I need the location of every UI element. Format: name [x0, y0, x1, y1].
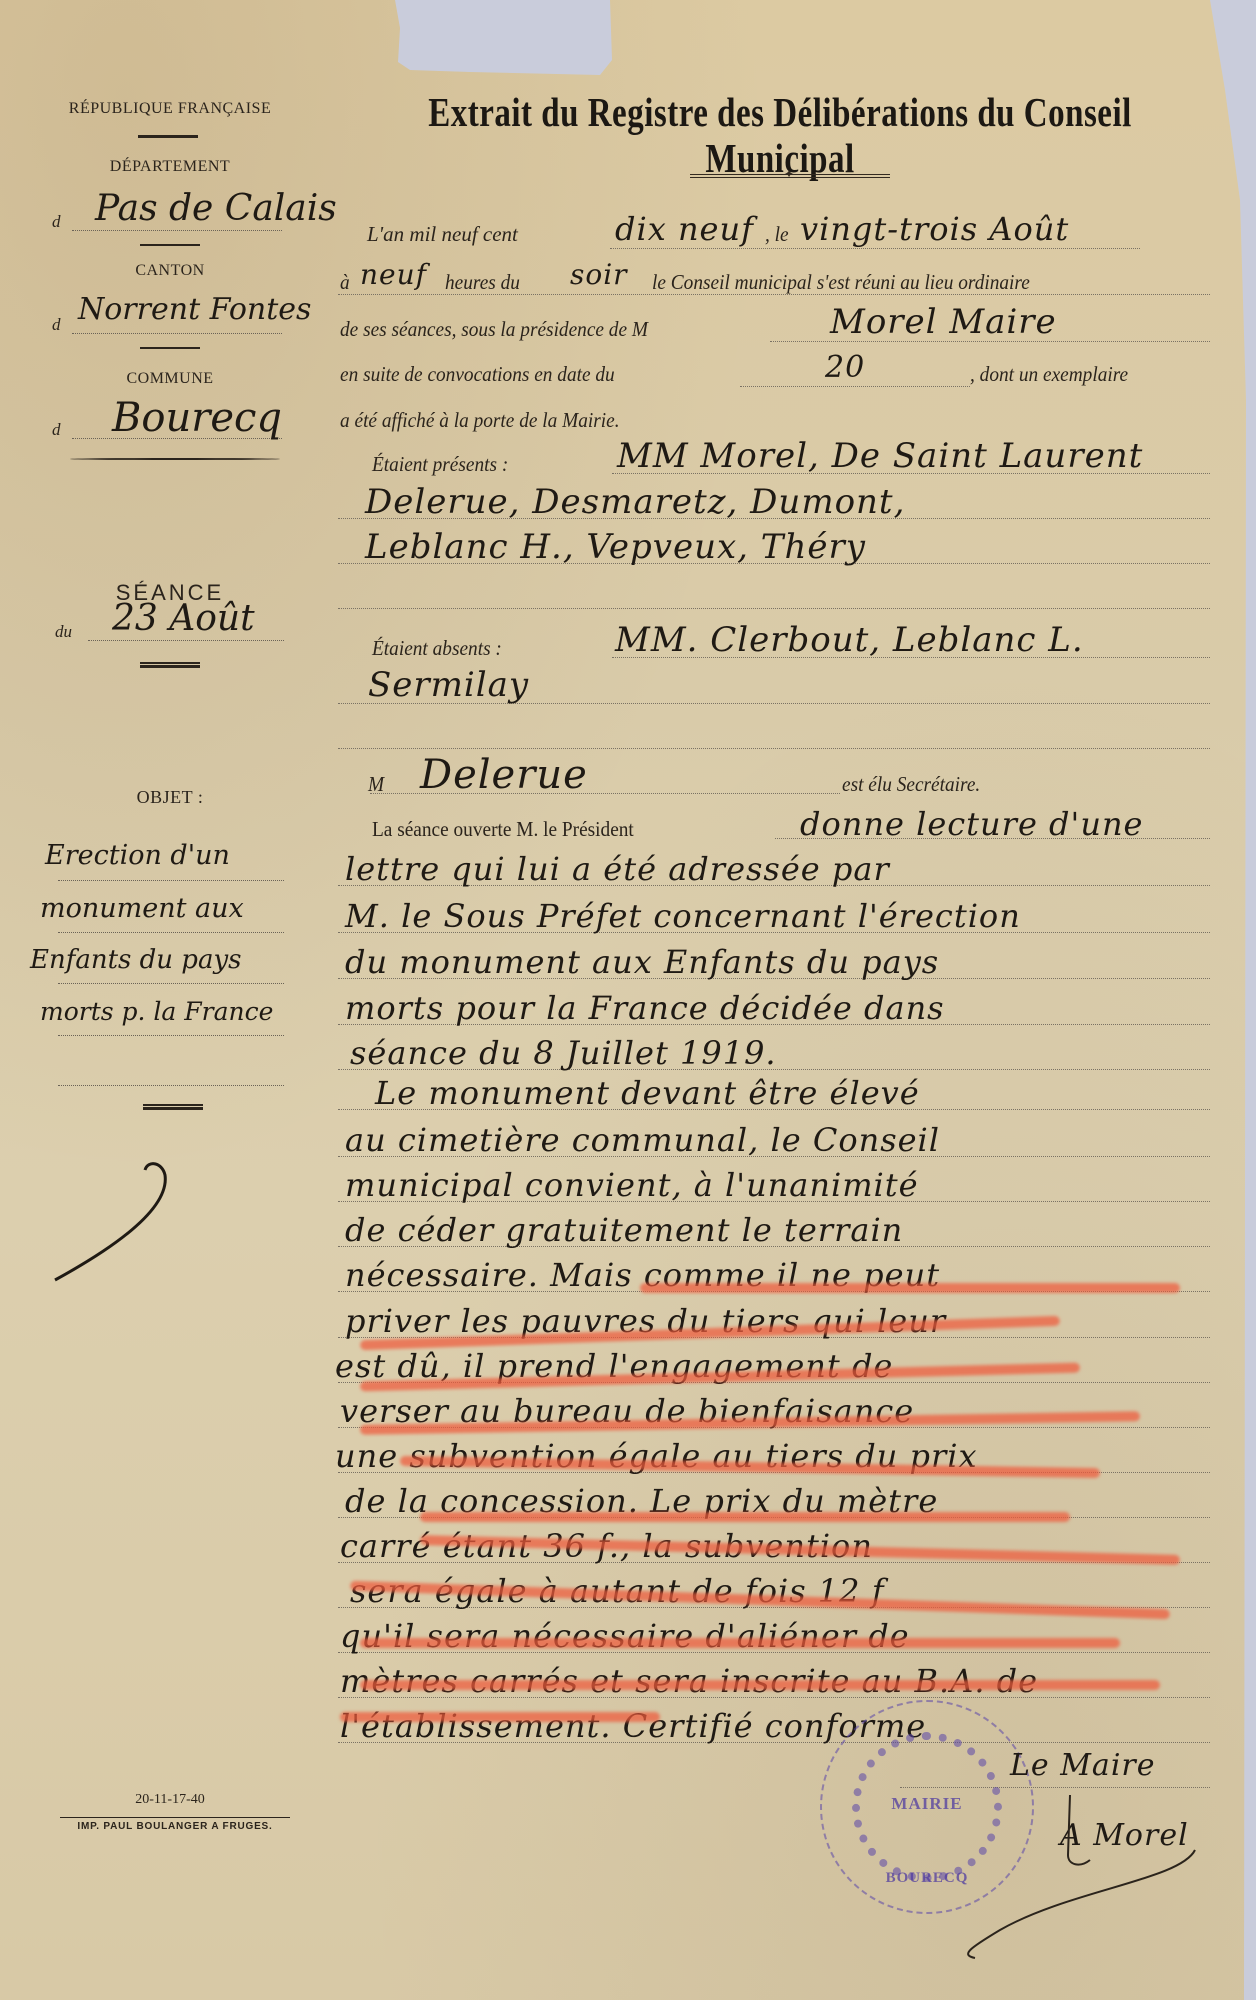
affiche-text: a été affiché à la porte de la Mairie. — [340, 408, 620, 433]
paragraph-line: municipal convient, à l'unanimité — [345, 1166, 919, 1204]
objet-label: OBJET : — [20, 787, 320, 808]
closing-mayor: Le Maire — [1010, 1748, 1156, 1783]
departement-prefix: d — [52, 212, 61, 232]
ruled-line — [610, 248, 1140, 249]
divider — [140, 662, 200, 668]
commune-prefix: d — [52, 420, 61, 440]
red-strikethrough — [340, 1712, 660, 1722]
divider — [138, 135, 198, 138]
presidence-label: de ses séances, sous la présidence de M — [340, 317, 648, 342]
seance-line — [88, 640, 284, 641]
objet-line: Enfants du pays — [30, 945, 241, 975]
secretary-suffix: est élu Secrétaire. — [842, 772, 980, 797]
seance-value: 23 Août — [112, 598, 255, 639]
canton-line — [72, 333, 282, 334]
presents-line: Leblanc H., Vepveux, Théry — [365, 527, 866, 567]
ruled-line — [740, 386, 970, 387]
objet-line: monument aux — [40, 893, 244, 924]
year-connector: , le — [765, 222, 789, 247]
objet-line: morts p. la France — [40, 997, 273, 1026]
paragraph-line: séance du 8 Juillet 1919. — [350, 1034, 777, 1072]
objet-rule — [58, 983, 284, 984]
divider — [140, 347, 200, 349]
hour-label: heures du — [445, 270, 520, 295]
presents-label: Étaient présents : — [372, 452, 508, 477]
republic-heading: RÉPUBLIQUE FRANÇAISE — [20, 100, 320, 118]
absents-label: Étaient absents : — [372, 636, 502, 661]
objet-line: Erection d'un — [45, 840, 230, 871]
paragraph-line: du monument aux Enfants du pays — [345, 943, 939, 981]
ruled-line — [338, 748, 1210, 749]
date-value: vingt-trois Août — [800, 210, 1069, 248]
presents-line: Delerue, Desmaretz, Dumont, — [365, 482, 905, 522]
commune-swash — [70, 458, 280, 460]
president-name: Morel Maire — [830, 302, 1057, 342]
canton-prefix: d — [52, 315, 61, 335]
paragraph-line: au cimetière communal, le Conseil — [345, 1121, 940, 1159]
presents-line: MM Morel, De Saint Laurent — [617, 436, 1143, 476]
divider — [140, 244, 200, 246]
red-strikethrough — [640, 1283, 1180, 1293]
pen-mark — [50, 1150, 180, 1300]
convocation-date: 20 — [825, 350, 865, 385]
time-of-day: soir — [570, 258, 628, 291]
year-value: dix neuf — [615, 210, 754, 248]
paragraph-line: de céder gratuitement le terrain — [345, 1211, 903, 1249]
divider — [143, 1104, 203, 1110]
paragraph-line: M. le Sous Préfet concernant l'érection — [345, 897, 1021, 935]
departement-line — [72, 230, 282, 231]
paragraph-line: qu'il sera nécessaire d'aliéner de — [340, 1617, 910, 1655]
imprint-code: 20-11-17-40 — [20, 1792, 320, 1808]
opening-text: La séance ouverte M. le Président — [372, 817, 634, 842]
hour-prefix: à — [340, 270, 350, 295]
red-strikethrough — [360, 1680, 1160, 1690]
departement-label: DÉPARTEMENT — [20, 158, 320, 176]
objet-rule — [58, 932, 284, 933]
imprint-printer: IMP. PAUL BOULANGER A FRUGES. — [60, 1817, 290, 1832]
commune-value: Bourecq — [112, 395, 282, 441]
hour-value: neuf — [360, 258, 427, 291]
secretary-name: Delerue — [420, 752, 588, 798]
paragraph-line: lettre qui lui a été adressée par — [345, 850, 890, 888]
exemplaire-text: , dont un exemplaire — [970, 362, 1128, 387]
council-met-text: le Conseil municipal s'est réuni au lieu… — [652, 270, 1030, 295]
canton-label: CANTON — [20, 262, 320, 280]
absents-line: MM. Clerbout, Leblanc L. — [615, 620, 1084, 660]
document-title: Extrait du Registre des Délibérations du… — [370, 91, 1190, 184]
year-prefix: L'an mil neuf cent — [367, 222, 518, 246]
paragraph-line: Le monument devant être élevé — [375, 1074, 920, 1112]
seance-prefix: du — [55, 622, 72, 642]
objet-rule — [58, 1085, 284, 1086]
absents-line: Sermilay — [368, 665, 529, 705]
canton-value: Norrent Fontes — [78, 292, 311, 327]
signature-flourish — [950, 1790, 1230, 1960]
red-strikethrough — [420, 1512, 1070, 1522]
secretary-prefix: M — [368, 772, 384, 797]
objet-rule — [58, 1035, 284, 1036]
line-year: L'an mil neuf cent — [367, 222, 518, 247]
red-strikethrough — [360, 1638, 1120, 1648]
commune-label: COMMUNE — [20, 370, 320, 388]
paragraph-line: morts pour la France décidée dans — [345, 989, 945, 1027]
objet-rule — [58, 880, 284, 881]
departement-value: Pas de Calais — [95, 188, 337, 229]
ruled-line — [338, 608, 1210, 609]
convocation-label: en suite de convocations en date du — [340, 362, 615, 387]
ruled-line — [775, 838, 1210, 839]
title-ornament: ✦ — [690, 172, 890, 180]
